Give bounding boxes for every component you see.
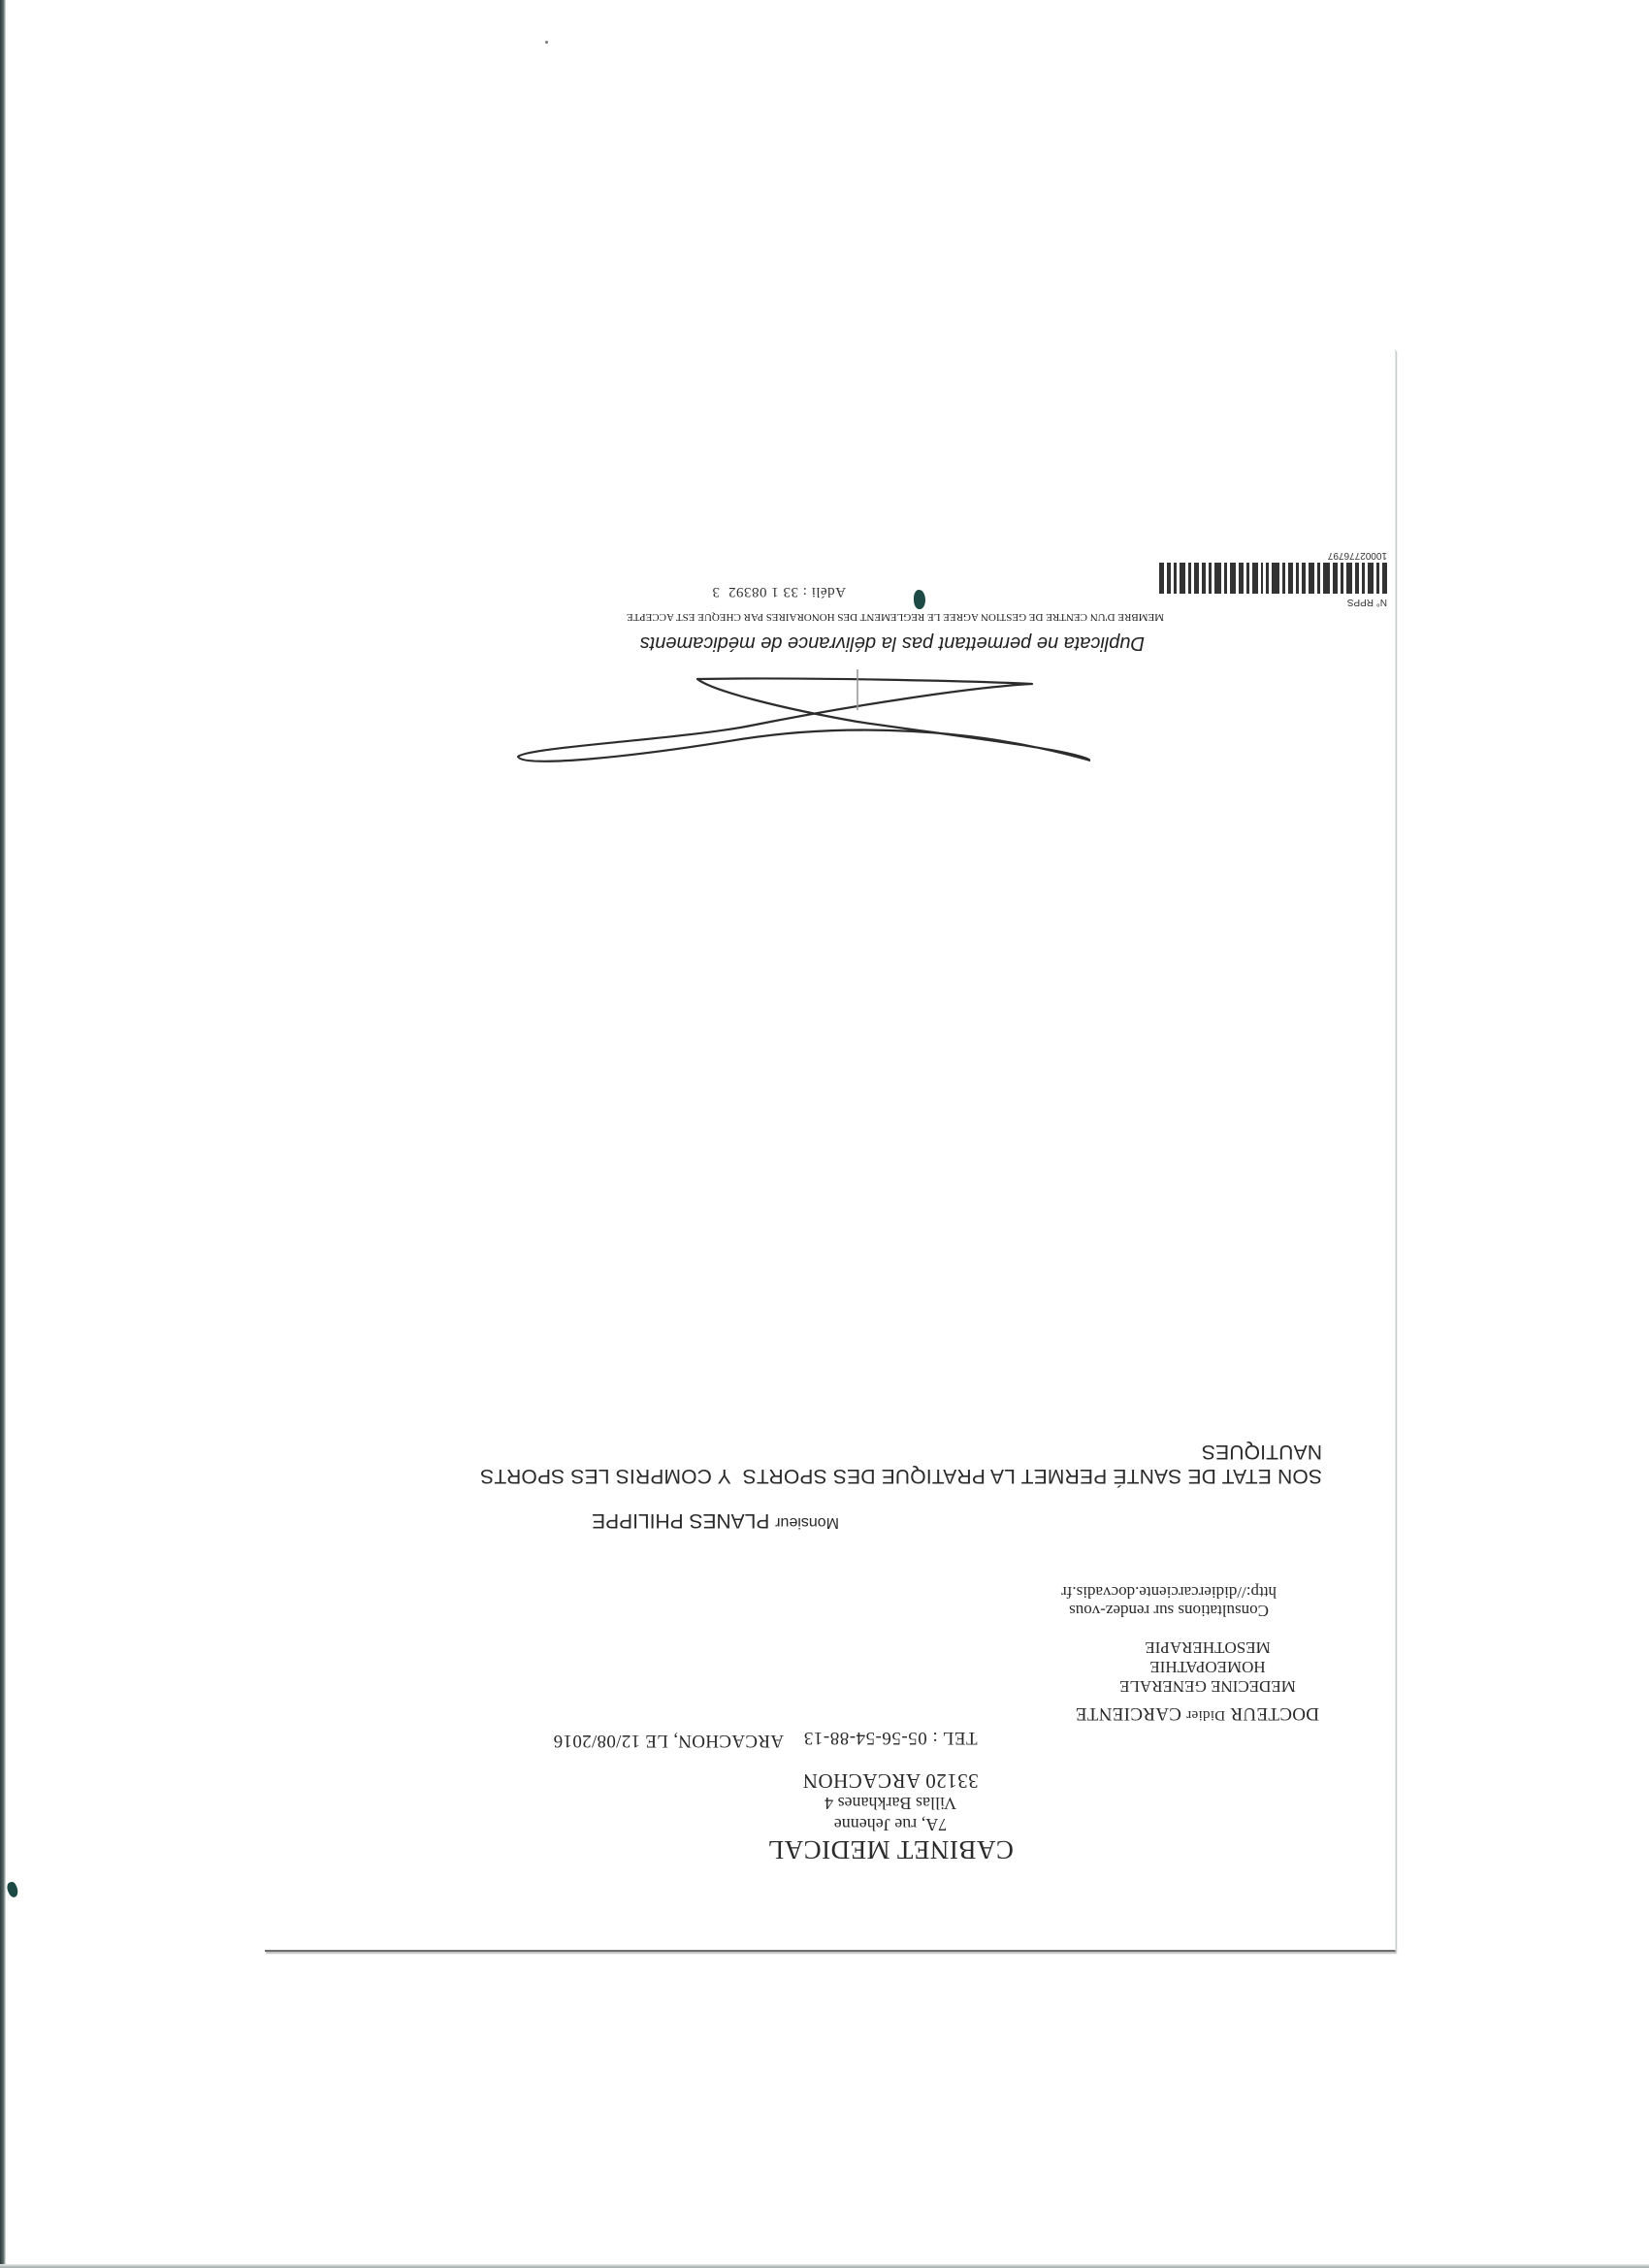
address-city: 33120 ARCACHON: [735, 1769, 1046, 1793]
barcode-bar: [1194, 563, 1199, 594]
barcode-bar: [1209, 563, 1212, 594]
barcode-bar: [1252, 563, 1258, 594]
barcode-bar: [1296, 563, 1299, 594]
barcode-bar: [1188, 563, 1191, 594]
specialty-item: HOMEOPATHIE: [1096, 1657, 1319, 1676]
scanner-edge-left: [0, 0, 6, 2268]
membership-note: MEMBRE D'UN CENTRE DE GESTION AGREE LE R…: [627, 611, 1164, 623]
patient-name: Monsieur PLANES PHILIPPE: [592, 1508, 839, 1532]
barcode-bar: [1159, 563, 1164, 594]
doctor-prefix: DOCTEUR: [1230, 1703, 1319, 1724]
barcode-bar: [1323, 563, 1330, 594]
consultation-info: Consultations sur rendez-vous http://did…: [1018, 1583, 1319, 1620]
barcode-bar: [1346, 563, 1352, 594]
barcode-bar: [1282, 563, 1285, 594]
scan-speck: [545, 41, 548, 44]
certificate-sheet: CABINET MEDICAL 7A, rue Jehenne Villas B…: [265, 349, 1396, 1952]
cabinet-title: CABINET MEDICAL: [735, 1835, 1046, 1864]
consultation-note: Consultations sur rendez-vous: [1018, 1602, 1319, 1620]
barcode-bar: [1341, 563, 1343, 594]
place-and-date: ARCACHON, LE 12/08/2016: [553, 1730, 784, 1751]
specialty-item: MESOTHERAPIE: [1096, 1637, 1319, 1657]
patient-salutation: Monsieur: [775, 1509, 839, 1532]
specialty-item: MEDECINE GENERALE: [1096, 1676, 1319, 1696]
doctor-specialties: MEDECINE GENERALE HOMEOPATHIE MESOTHERAP…: [1096, 1637, 1319, 1696]
barcode-bar: [1317, 563, 1320, 594]
ink-blot-icon: [914, 590, 925, 609]
doctor-last-name: CARCIENTE: [1076, 1703, 1181, 1724]
barcode-bar: [1288, 563, 1293, 594]
doctor-name: DOCTEUR Didier CARCIENTE: [1076, 1702, 1319, 1724]
barcode-bar: [1309, 563, 1314, 594]
doctor-first-name: Didier: [1186, 1707, 1225, 1723]
barcode-bar: [1362, 563, 1365, 594]
scanned-page: CABINET MEDICAL 7A, rue Jehenne Villas B…: [0, 0, 1649, 2268]
barcode-bar: [1333, 563, 1338, 594]
barcode-bar: [1224, 563, 1227, 594]
adeli-number: Adéli : 33 1 08392 3: [712, 583, 846, 599]
sheet-content-rotated: CABINET MEDICAL 7A, rue Jehenne Villas B…: [265, 349, 1395, 1950]
barcode-bar: [1302, 563, 1306, 594]
barcode-bar: [1376, 563, 1379, 594]
barcode-bar: [1239, 563, 1244, 594]
rpps-block: N° RPPS 10002776797: [1067, 550, 1387, 607]
certificate-statement: SON ETAT DE SANTÉ PERMET LA PRATIQUE DES…: [449, 1440, 1322, 1488]
barcode-bar: [1272, 563, 1279, 594]
ink-blot-icon: [6, 1881, 20, 1898]
barcode-bar: [1214, 563, 1221, 594]
barcode-bar: [1167, 563, 1171, 594]
doctor-website: http://didiercarciente.docvadis.fr: [1018, 1583, 1319, 1602]
barcode-bar: [1174, 563, 1177, 594]
barcode-icon: [1067, 563, 1387, 594]
rpps-number: 10002776797: [1067, 550, 1387, 561]
barcode-bar: [1355, 563, 1359, 594]
address-line-2: Villas Barkhanes 4: [735, 1793, 1046, 1814]
barcode-bar: [1382, 563, 1387, 594]
address-line-1: 7A, rue Jehenne: [735, 1814, 1046, 1835]
barcode-bar: [1230, 563, 1236, 594]
barcode-bar: [1261, 563, 1263, 594]
certificate-line: NAUTIQUES: [449, 1440, 1322, 1464]
barcode-bar: [1266, 563, 1269, 594]
barcode-bar: [1202, 563, 1206, 594]
certificate-line: SON ETAT DE SANTÉ PERMET LA PRATIQUE DES…: [449, 1464, 1322, 1488]
duplicata-note: Duplicata ne permettant pas la délivranc…: [640, 632, 1145, 654]
barcode-bar: [1246, 563, 1249, 594]
scanner-edge-bottom: [0, 2264, 1649, 2268]
signature-icon: [508, 669, 1090, 766]
patient-full-name: PLANES PHILIPPE: [592, 1509, 769, 1532]
barcode-bar: [1368, 563, 1374, 594]
barcode-bar: [1180, 563, 1185, 594]
rpps-label: N° RPPS: [1067, 597, 1387, 607]
